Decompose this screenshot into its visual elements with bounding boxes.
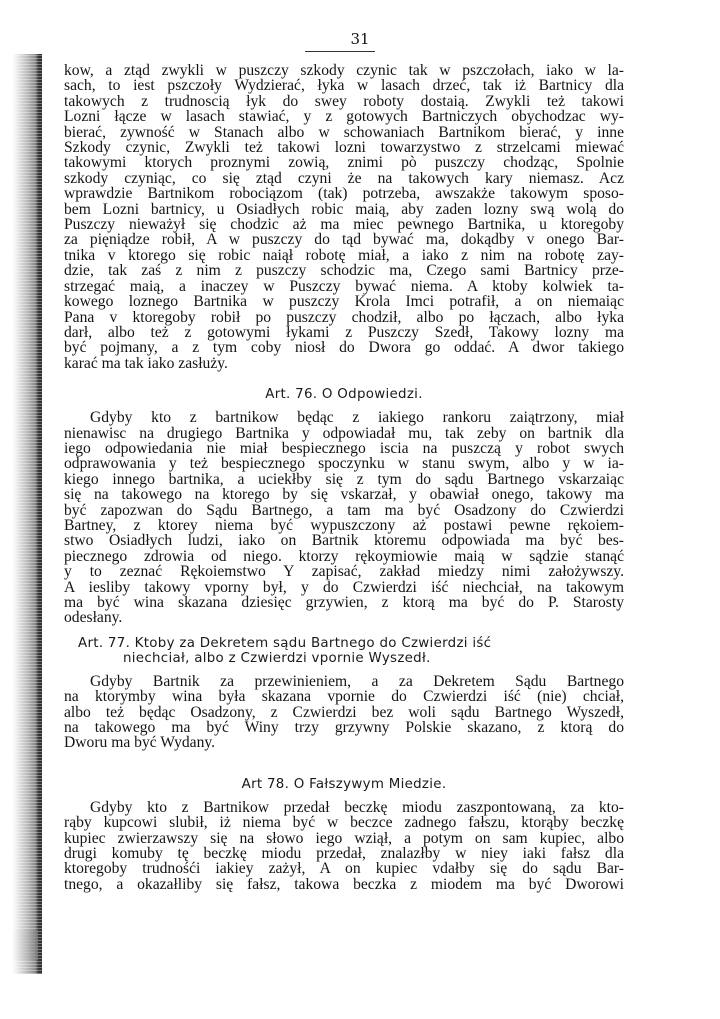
article-heading: Art 78. O Fałszywym Miedzie. (64, 777, 624, 792)
text-line: stwo Osiadłych ludzi, iako on Bartnik kt… (64, 533, 624, 548)
text-line: Gdyby Bartnik za przewinieniem, a za Dek… (64, 674, 624, 689)
text-line: być pojmany, a z tym coby niosł do Dwora… (64, 340, 624, 355)
article-77: Art. 77. Ktoby za Dekretem sądu Bartnego… (64, 636, 624, 751)
text-line: tnego, a okazałliby się fałsz, takowa be… (64, 877, 624, 892)
page-number-rule (305, 51, 375, 52)
text-line: ma być wina skazana dziesięc grzywien, z… (64, 595, 624, 610)
text-line: rąby kupcowi slubił, iż niema być w becz… (64, 815, 624, 830)
text-line: na ktorymby wina była skazana vpornie do… (64, 689, 624, 704)
page-body: kow, a ztąd zwykli w puszczy szkody czyn… (64, 63, 624, 892)
text-line: kow, a ztąd zwykli w puszczy szkody czyn… (64, 63, 624, 78)
text-line: y to zeznać Rękoiemstwo Y zapisać, zakła… (64, 564, 624, 579)
book-binding-shadow (12, 54, 42, 974)
text-line: Gdyby kto z Bartnikow przedał beczkę mio… (64, 800, 624, 815)
text-line: iego odpowiedania nie miał bespiecznego … (64, 441, 624, 456)
text-line: sach, to iest pszczoły Wydzierać, łyka w… (64, 78, 624, 93)
text-line: być zapozwan do Sądu Bartnego, a tam ma … (64, 503, 624, 518)
text-line: Gdyby kto z bartnikow będąc z iakiego ra… (64, 410, 624, 425)
text-line: drugi komuby tę beczkę miodu przedał, zn… (64, 846, 624, 861)
book-binding-shadow-tail (12, 930, 38, 960)
text-line: Szkody czynic, Zwykli też takowi lozni t… (64, 140, 624, 155)
text-line: strzegać maią, a inaczey w Puszczy bywać… (64, 279, 624, 294)
text-line: dzie, tak zaś z nim z puszczy schodzic m… (64, 263, 624, 278)
article-heading: Art. 76. O Odpowiedzi. (64, 387, 624, 402)
text-line: darł, albo też z gotowymi łykami z Puszc… (64, 325, 624, 340)
text-line: tnika v ktorego się robic naiął robotę m… (64, 248, 624, 263)
text-line: za pięniądze robił, A w puszczy do tąd b… (64, 232, 624, 247)
text-line: odesłany. (64, 610, 624, 625)
text-line: piecznego zdrowia od niego. ktorzy rękoy… (64, 549, 624, 564)
text-line: albo też będąc Osadzony, z Czwierdzi bez… (64, 705, 624, 720)
article-heading: Art. 77. Ktoby za Dekretem sądu Bartnego… (64, 636, 624, 651)
text-line: karać ma tak iako zasłuży. (64, 356, 624, 371)
text-line: wprawdzie Bartnikom robociązom (tak) pot… (64, 186, 624, 201)
text-line: A iesliby takowy vporny był, y do Czwier… (64, 580, 624, 595)
text-line: takowymi ktorych proznymi zowią, znimi p… (64, 155, 624, 170)
text-line: kupiec zwierzawszy się na słowo iego wzi… (64, 831, 624, 846)
text-line: Lozni łącze w lasach stawiać, y z gotowy… (64, 109, 624, 124)
article-heading: niechciał, albo z Czwierdzi vpornie Wysz… (64, 651, 624, 666)
text-line: Pana v ktoregoby robił po puszczy chodzi… (64, 310, 624, 325)
text-line: Bartney, z ktorey niema być wypuszczony … (64, 518, 624, 533)
article-76: Art. 76. O Odpowiedzi.Gdyby kto z bartni… (64, 387, 624, 626)
text-line: na takowego ma być Winy trzy grzywny Pol… (64, 720, 624, 735)
text-line: kowego loznego Bartnika w puszczy Krola … (64, 294, 624, 309)
text-line: Puszczy nieważył się chodzic aż ma miec … (64, 217, 624, 232)
text-line: odprawowania y też bespiecznego spoczynk… (64, 456, 624, 471)
text-line: się na takowego na ktorego by się vskarz… (64, 487, 624, 502)
text-line: bierać, zywność w Stanach albo w schowan… (64, 125, 624, 140)
text-line: nienawisc na drugiego Bartnika y odpowia… (64, 426, 624, 441)
page-number: 31 (0, 30, 720, 48)
text-line: szkody czyniąc, co się ztąd czyni że na … (64, 171, 624, 186)
text-line: Dworu ma być Wydany. (64, 735, 624, 750)
text-line: takowych z trudnoscią łyk do swey roboty… (64, 94, 624, 109)
text-line: ktoregoby trudnośći iakiey zażył, A on k… (64, 861, 624, 876)
text-line: kiego innego bartnika, a uciekłby się z … (64, 472, 624, 487)
intro-paragraph: kow, a ztąd zwykli w puszczy szkody czyn… (64, 63, 624, 371)
text-line: bem Lozni bartnicy, u Osiadłych robic ma… (64, 202, 624, 217)
article-78: Art 78. O Fałszywym Miedzie.Gdyby kto z … (64, 777, 624, 892)
